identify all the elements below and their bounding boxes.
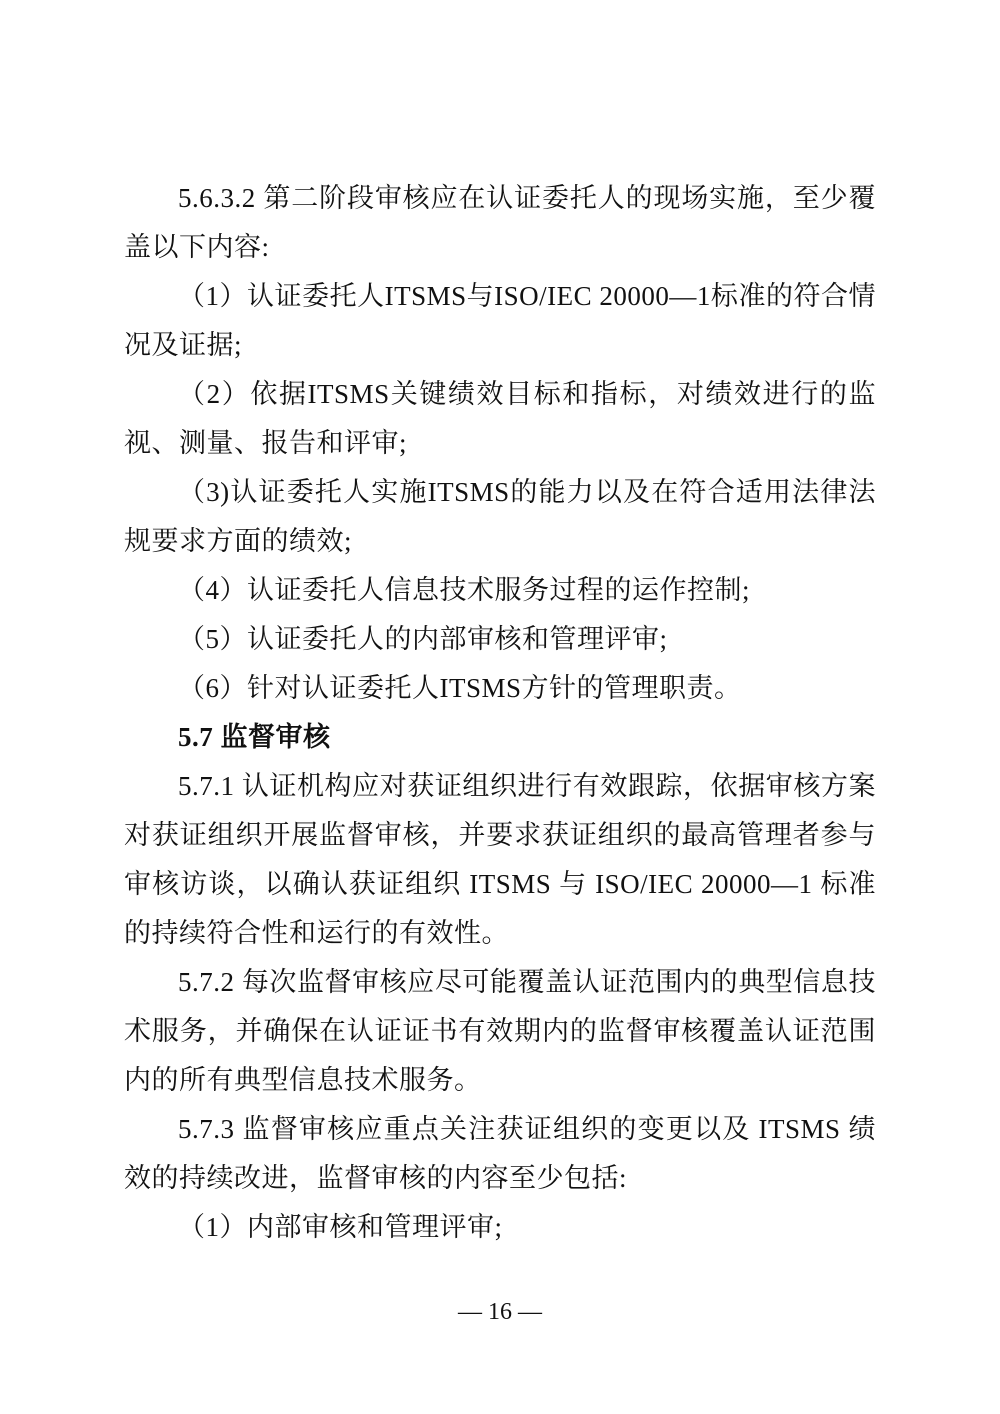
section-heading-5.7: 5.7 监督审核 bbox=[124, 713, 876, 762]
document-page: 5.6.3.2 第二阶段审核应在认证委托人的现场实施，至少覆盖以下内容: （1）… bbox=[0, 0, 1000, 1414]
paragraph-5.7.2: 5.7.2 每次监督审核应尽可能覆盖认证范围内的典型信息技术服务，并确保在认证证… bbox=[124, 958, 876, 1105]
list-item-surveillance-1: （1）内部审核和管理评审; bbox=[124, 1203, 876, 1252]
list-item-stage2-5: （5）认证委托人的内部审核和管理评审; bbox=[124, 615, 876, 664]
paragraph-5.7.1: 5.7.1 认证机构应对获证组织进行有效跟踪，依据审核方案对获证组织开展监督审核… bbox=[124, 762, 876, 958]
paragraph-5.7.3: 5.7.3 监督审核应重点关注获证组织的变更以及 ITSMS 绩效的持续改进，监… bbox=[124, 1105, 876, 1203]
list-item-stage2-4: （4）认证委托人信息技术服务过程的运作控制; bbox=[124, 566, 876, 615]
page-body-text: 5.6.3.2 第二阶段审核应在认证委托人的现场实施，至少覆盖以下内容: （1）… bbox=[124, 174, 876, 1252]
list-item-stage2-2: （2）依据ITSMS关键绩效目标和指标，对绩效进行的监视、测量、报告和评审; bbox=[124, 370, 876, 468]
list-item-stage2-6: （6）针对认证委托人ITSMS方针的管理职责。 bbox=[124, 664, 876, 713]
list-item-stage2-3: （3)认证委托人实施ITSMS的能力以及在符合适用法律法规要求方面的绩效; bbox=[124, 468, 876, 566]
paragraph-5.6.3.2: 5.6.3.2 第二阶段审核应在认证委托人的现场实施，至少覆盖以下内容: bbox=[124, 174, 876, 272]
page-number: — 16 — bbox=[0, 1296, 1000, 1328]
list-item-stage2-1: （1）认证委托人ITSMS与ISO/IEC 20000—1标准的符合情况及证据; bbox=[124, 272, 876, 370]
